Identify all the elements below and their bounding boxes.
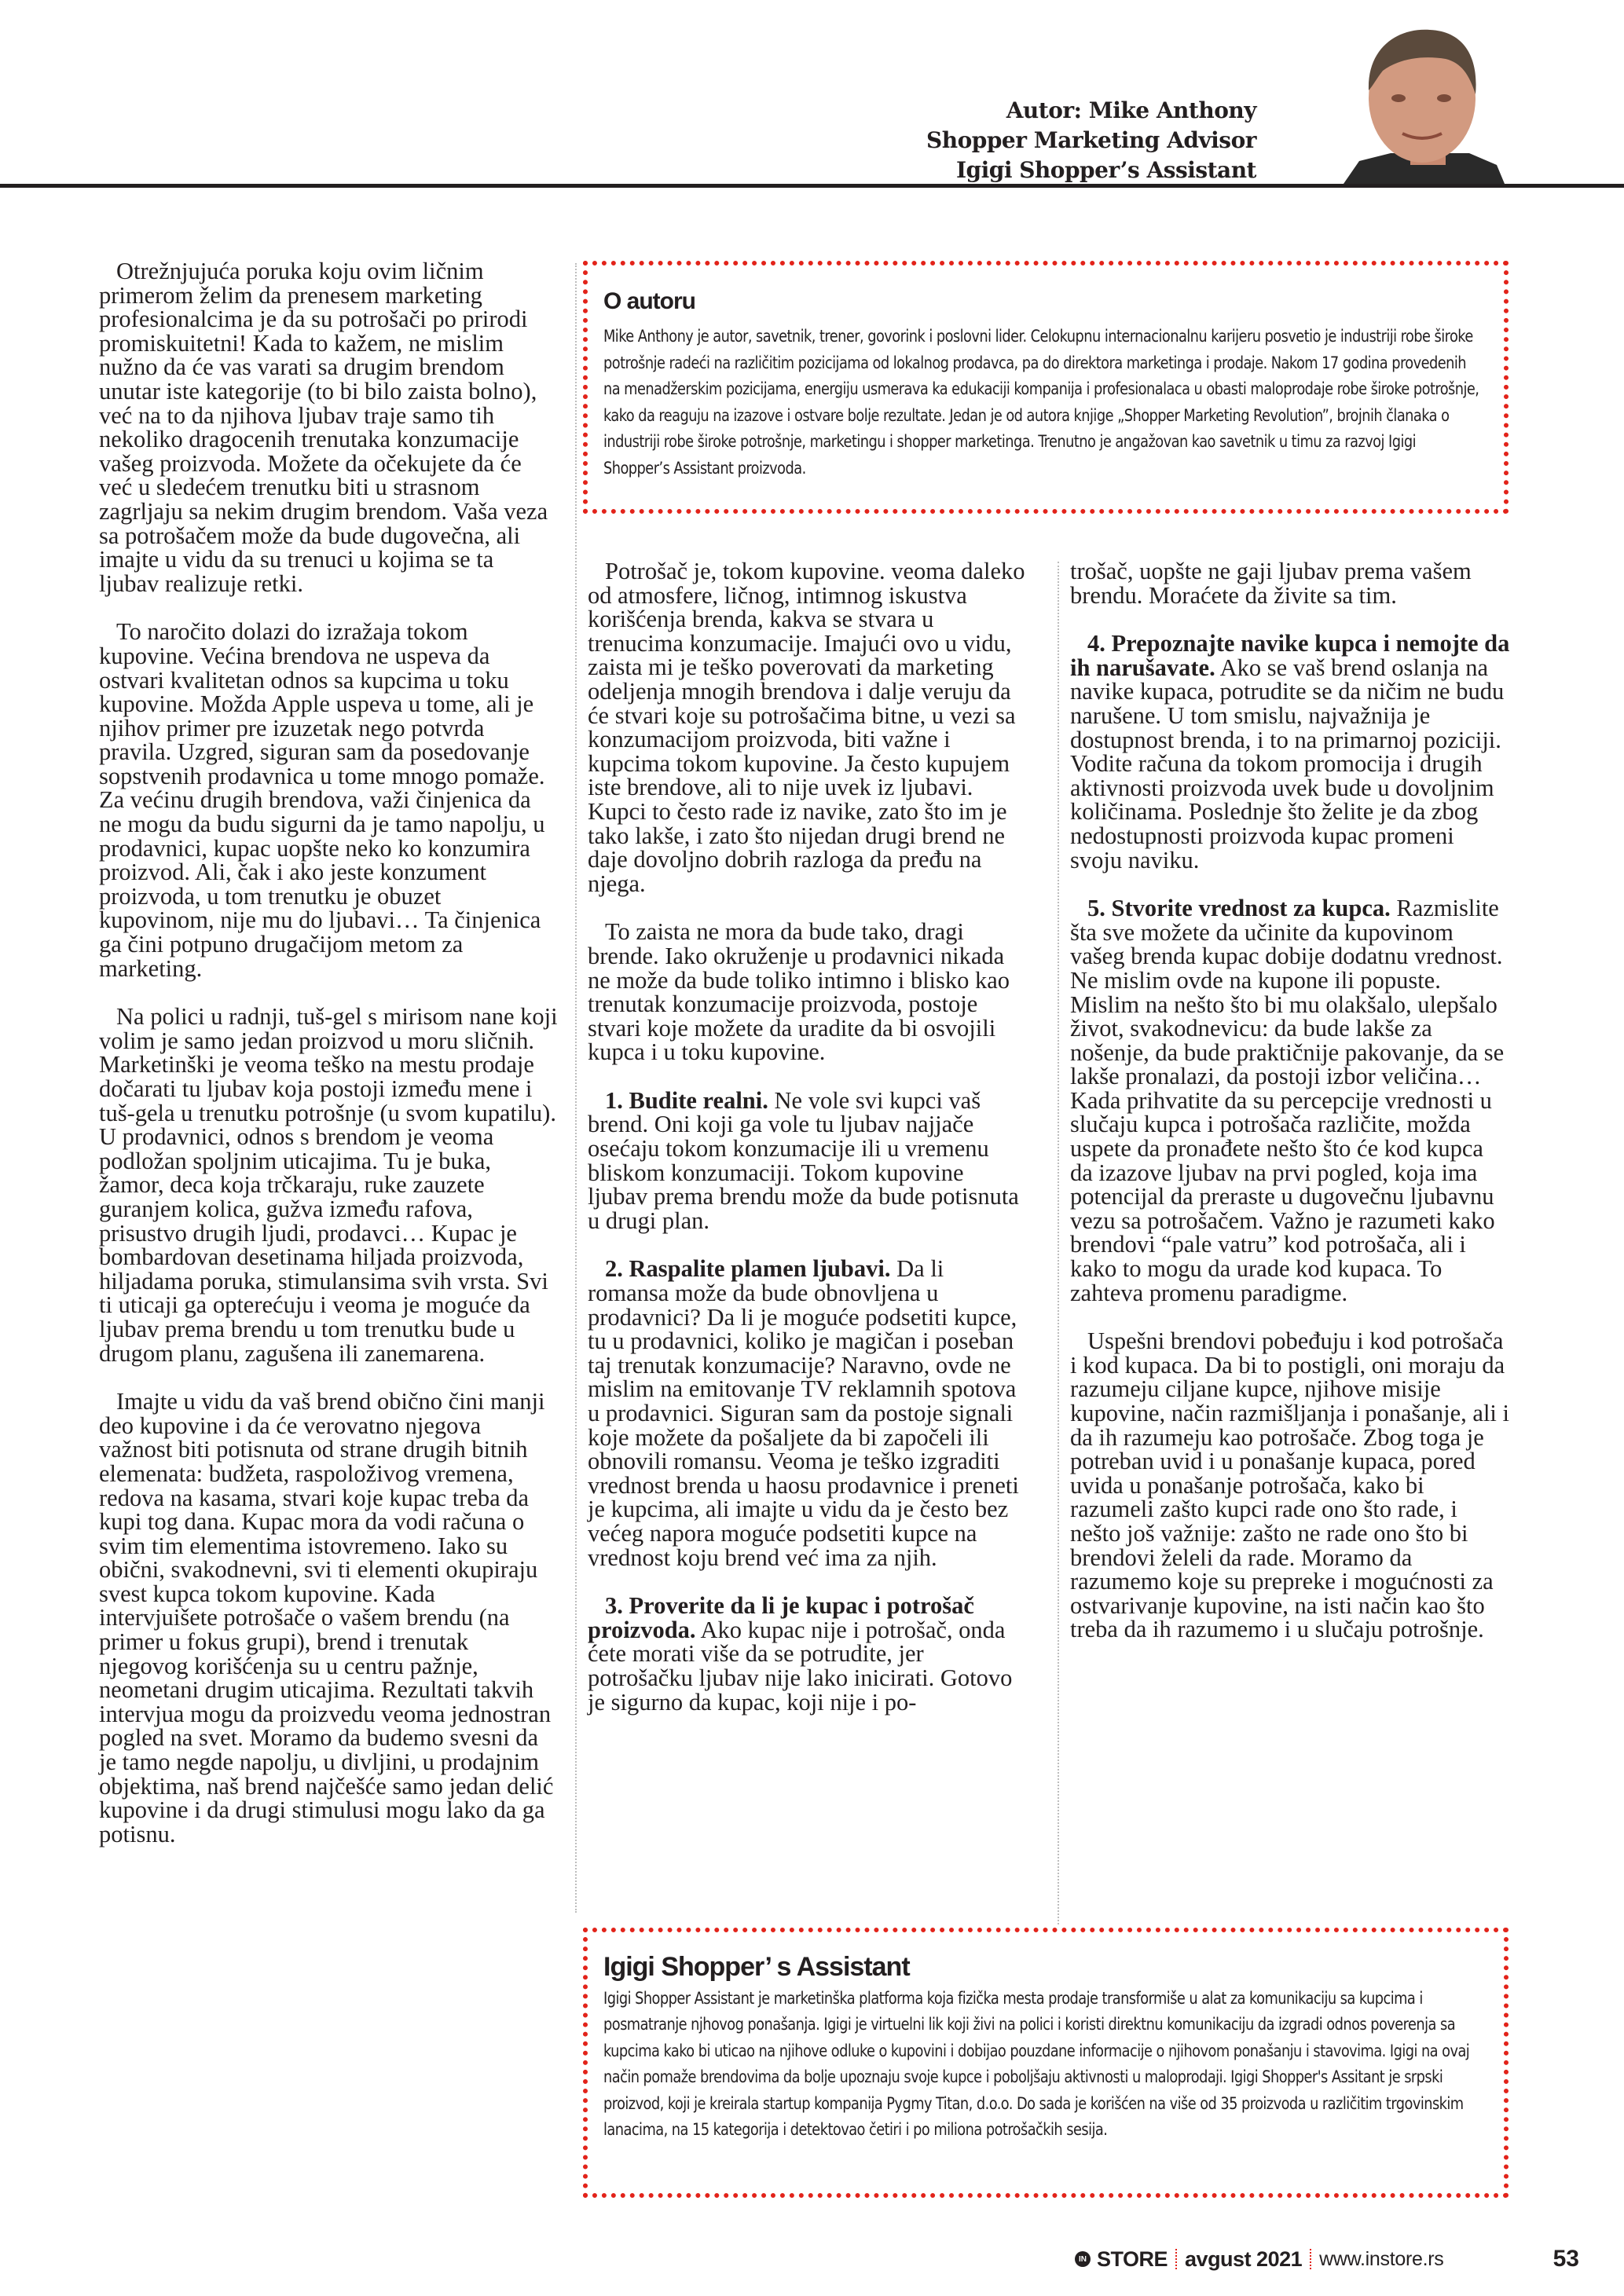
about-author-title: O autoru	[603, 286, 1483, 317]
magazine-brand: STORE	[1097, 2247, 1168, 2272]
instore-logo-icon: IN	[1075, 2251, 1091, 2267]
page-number: 53	[1553, 2246, 1579, 2272]
about-author-box: O autoru Mike Anthony je autor, savetnik…	[583, 261, 1509, 514]
website-link[interactable]: www.instore.rs	[1319, 2248, 1443, 2271]
article-column-1: Otrežnjujuća poruka koju ovim ličnim pri…	[99, 259, 558, 1870]
tip-paragraph-4: 4. Prepoznajte navike kupca i nemojte da…	[1070, 632, 1510, 872]
column-divider	[1058, 562, 1059, 1924]
article-column-3: trošač, uopšte ne gaji ljubav prema vaše…	[1070, 559, 1510, 1666]
page-footer: IN STORE avgust 2021 www.instore.rs 53	[1021, 2243, 1603, 2275]
tip-paragraph-3: 3. Proverite da li je kupac i potrošač p…	[588, 1594, 1028, 1714]
portrait-illustration-icon	[1336, 16, 1509, 184]
author-byline: Autor: Mike Anthony Shopper Marketing Ad…	[926, 96, 1256, 185]
author-role: Shopper Marketing Advisor	[926, 126, 1256, 156]
tip-paragraph-1: 1. Budite realni. Ne vole svi kupci vaš …	[588, 1089, 1028, 1233]
tip-heading: 1. Budite realni.	[605, 1087, 768, 1114]
tip-heading: 5. Stvorite vrednost za kupca.	[1087, 895, 1391, 921]
article-paragraph: trošač, uopšte ne gaji ljubav prema vaše…	[1070, 559, 1510, 607]
article-paragraph: To naročito dolazi do izražaja tokom kup…	[99, 620, 558, 980]
article-paragraph: Imajte u vidu da vaš brend obično čini m…	[99, 1390, 558, 1846]
igigi-box-text: Igigi Shopper Assistant je marketinška p…	[603, 1986, 1493, 2143]
article-paragraph: Potrošač je, tokom kupovine. veoma dalek…	[588, 559, 1028, 895]
article-paragraph: Otrežnjujuća poruka koju ovim ličnim pri…	[99, 259, 558, 595]
tip-paragraph-5: 5. Stvorite vrednost za kupca. Razmislit…	[1070, 896, 1510, 1305]
issue-date: avgust 2021	[1185, 2247, 1302, 2272]
column-divider	[575, 263, 577, 1913]
article-paragraph: Na polici u radnji, tuš-gel s mirisom na…	[99, 1005, 558, 1365]
author-portrait	[1336, 16, 1509, 184]
igigi-box-title: Igigi Shopper’ s Assistant	[603, 1950, 1483, 1984]
footer-separator	[1310, 2249, 1311, 2269]
author-name: Autor: Mike Anthony	[926, 96, 1256, 126]
igigi-info-box: Igigi Shopper’ s Assistant Igigi Shopper…	[583, 1928, 1509, 2198]
header-rule	[0, 184, 1624, 188]
page-header: Autor: Mike Anthony Shopper Marketing Ad…	[0, 0, 1624, 189]
footer-separator	[1175, 2249, 1177, 2269]
about-author-text: Mike Anthony je autor, savetnik, trener,…	[603, 324, 1485, 482]
article-column-2: Potrošač je, tokom kupovine. veoma dalek…	[588, 559, 1028, 1738]
article-paragraph: Uspešni brendovi pobeđuju i kod potrošač…	[1070, 1329, 1510, 1642]
author-company: Igigi Shopper’s Assistant	[926, 156, 1256, 185]
article-paragraph: To zaista ne mora da bude tako, dragi br…	[588, 920, 1028, 1064]
tip-heading: 2. Raspalite plamen ljubavi.	[605, 1255, 891, 1282]
tip-paragraph-2: 2. Raspalite plamen ljubavi. Da li roman…	[588, 1257, 1028, 1569]
